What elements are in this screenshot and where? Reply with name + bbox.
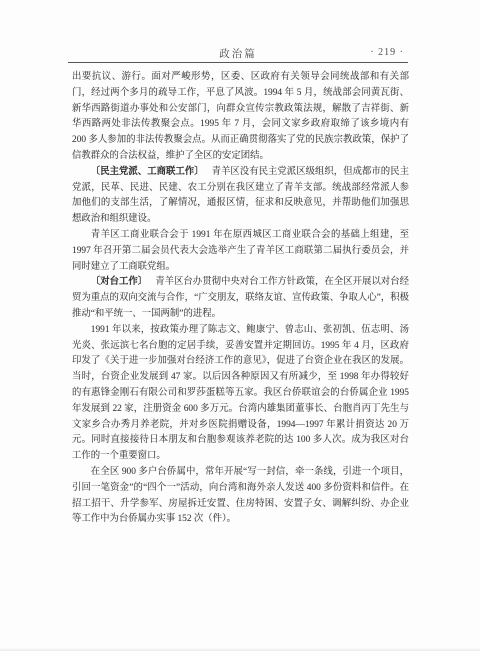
page-number: · 219 · <box>370 47 404 58</box>
section-heading: 〔对台工作〕 <box>91 277 147 287</box>
paragraph-text: 在全区 900 多户台侨属中，常年开展“写一封信，牵一条线，引进一个项目，引回一… <box>72 467 409 524</box>
scanned-book-page: 政治篇 · 219 · 出要抗议、游行。面对严峻形势，区委、区政府有关领导会同统… <box>0 0 480 651</box>
paragraph: 在全区 900 多户台侨属中，常年开展“写一封信，牵一条线，引进一个项目，引回一… <box>72 465 409 528</box>
header-divider <box>68 62 408 63</box>
paragraph-text: 1991 年以来，按政策办理了陈志文、鲍康宁、曾志山、张初凯、伍志明、汤光炎、张… <box>72 325 409 461</box>
paragraph-text: 青羊区工商业联合会于 1991 年在原西城区工商业联合会的基础上组建，至 199… <box>72 230 409 272</box>
paragraph: 〔民主党派、工商联工作〕青羊区没有民主党派区级组织，但成都市的民主党派，民革、民… <box>72 165 409 228</box>
paragraph: 〔对台工作〕青羊区台办贯彻中央对台工作方针政策，在全区开展以对台经贸为重点的双向… <box>72 275 409 322</box>
paragraph-text: 出要抗议、游行。面对严峻形势，区委、区政府有关领导会同统战部和有关部门，经过两个… <box>72 72 409 161</box>
body-text: 出要抗议、游行。面对严峻形势，区委、区政府有关领导会同统战部和有关部门，经过两个… <box>72 70 409 528</box>
running-head: 政治篇 · 219 · <box>68 46 408 62</box>
section-heading: 〔民主党派、工商联工作〕 <box>91 167 204 177</box>
paragraph: 青羊区工商业联合会于 1991 年在原西城区工商业联合会的基础上组建，至 199… <box>72 228 409 275</box>
chapter-title: 政治篇 <box>68 46 408 61</box>
paragraph: 1991 年以来，按政策办理了陈志文、鲍康宁、曾志山、张初凯、伍志明、汤光炎、张… <box>72 323 409 465</box>
paragraph: 出要抗议、游行。面对严峻形势，区委、区政府有关领导会同统战部和有关部门，经过两个… <box>72 70 409 165</box>
